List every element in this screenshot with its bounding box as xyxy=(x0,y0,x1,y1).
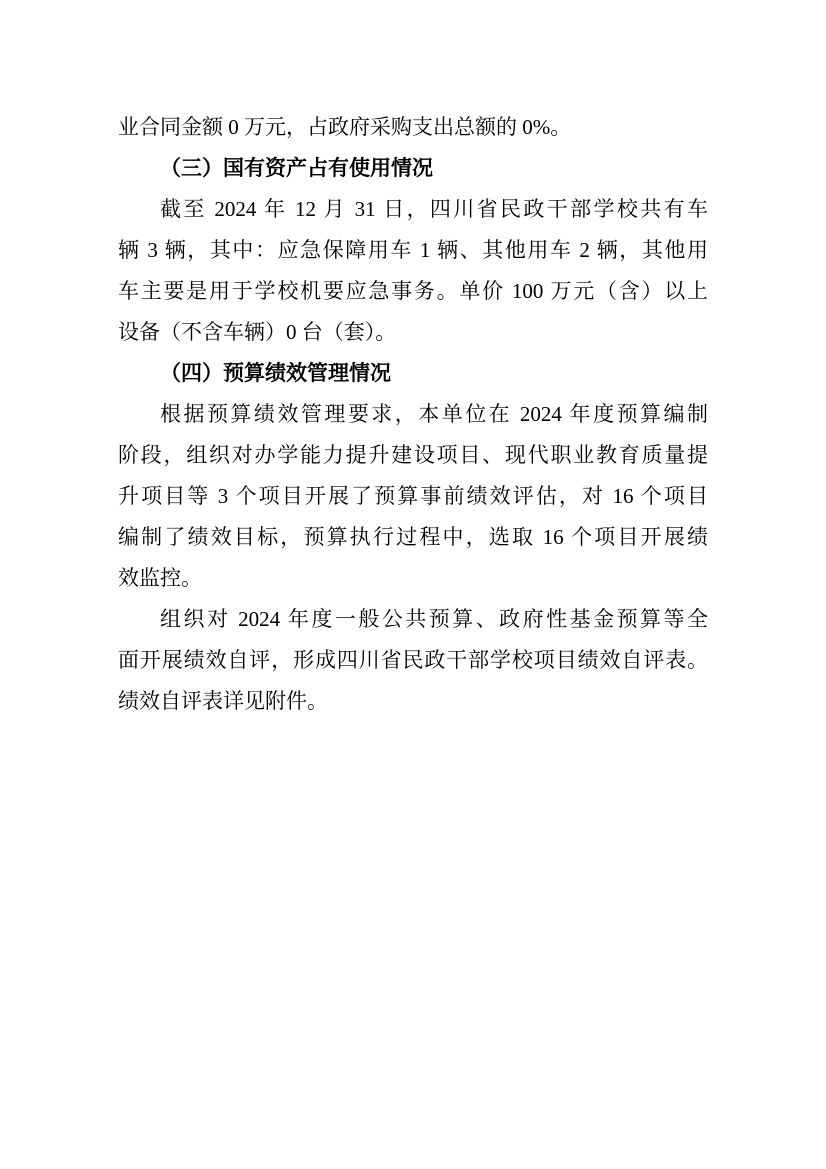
section-heading-3: （三）国有资产占有使用情况 xyxy=(118,148,708,189)
document-page: 业合同金额 0 万元，占政府采购支出总额的 0%。 （三）国有资产占有使用情况 … xyxy=(0,0,826,1169)
text-line: 根据预算绩效管理要求，本单位在 2024 年度预算编制 xyxy=(118,394,708,435)
text-line: 绩效自评表详见附件。 xyxy=(118,681,708,722)
text-line: 截至 2024 年 12 月 31 日，四川省民政干部学校共有车 xyxy=(118,189,708,230)
text-line: 编制了绩效目标，预算执行过程中，选取 16 个项目开展绩 xyxy=(118,517,708,558)
paragraph-self-evaluation: 组织对 2024 年度一般公共预算、政府性基金预算等全 面开展绩效自评，形成四川… xyxy=(118,599,708,722)
text-line: 阶段，组织对办学能力提升建设项目、现代职业教育质量提 xyxy=(118,435,708,476)
paragraph-performance: 根据预算绩效管理要求，本单位在 2024 年度预算编制 阶段，组织对办学能力提升… xyxy=(118,394,708,599)
paragraph-assets: 截至 2024 年 12 月 31 日，四川省民政干部学校共有车 辆 3 辆，其… xyxy=(118,189,708,353)
text-line: 效监控。 xyxy=(118,558,708,599)
text-line: 业合同金额 0 万元，占政府采购支出总额的 0%。 xyxy=(118,107,708,148)
text-line: 升项目等 3 个项目开展了预算事前绩效评估，对 16 个项目 xyxy=(118,476,708,517)
document-text-block: 业合同金额 0 万元，占政府采购支出总额的 0%。 （三）国有资产占有使用情况 … xyxy=(118,107,708,722)
text-line: 车主要是用于学校机要应急事务。单价 100 万元（含）以上 xyxy=(118,271,708,312)
section-heading-text: （四）预算绩效管理情况 xyxy=(118,353,708,394)
section-heading-text: （三）国有资产占有使用情况 xyxy=(118,148,708,189)
text-line: 辆 3 辆，其中：应急保障用车 1 辆、其他用车 2 辆，其他用 xyxy=(118,230,708,271)
text-line: 组织对 2024 年度一般公共预算、政府性基金预算等全 xyxy=(118,599,708,640)
section-heading-4: （四）预算绩效管理情况 xyxy=(118,353,708,394)
text-line: 设备（不含车辆）0 台（套）。 xyxy=(118,312,708,353)
paragraph-continuation: 业合同金额 0 万元，占政府采购支出总额的 0%。 xyxy=(118,107,708,148)
text-line: 面开展绩效自评，形成四川省民政干部学校项目绩效自评表。 xyxy=(118,640,708,681)
